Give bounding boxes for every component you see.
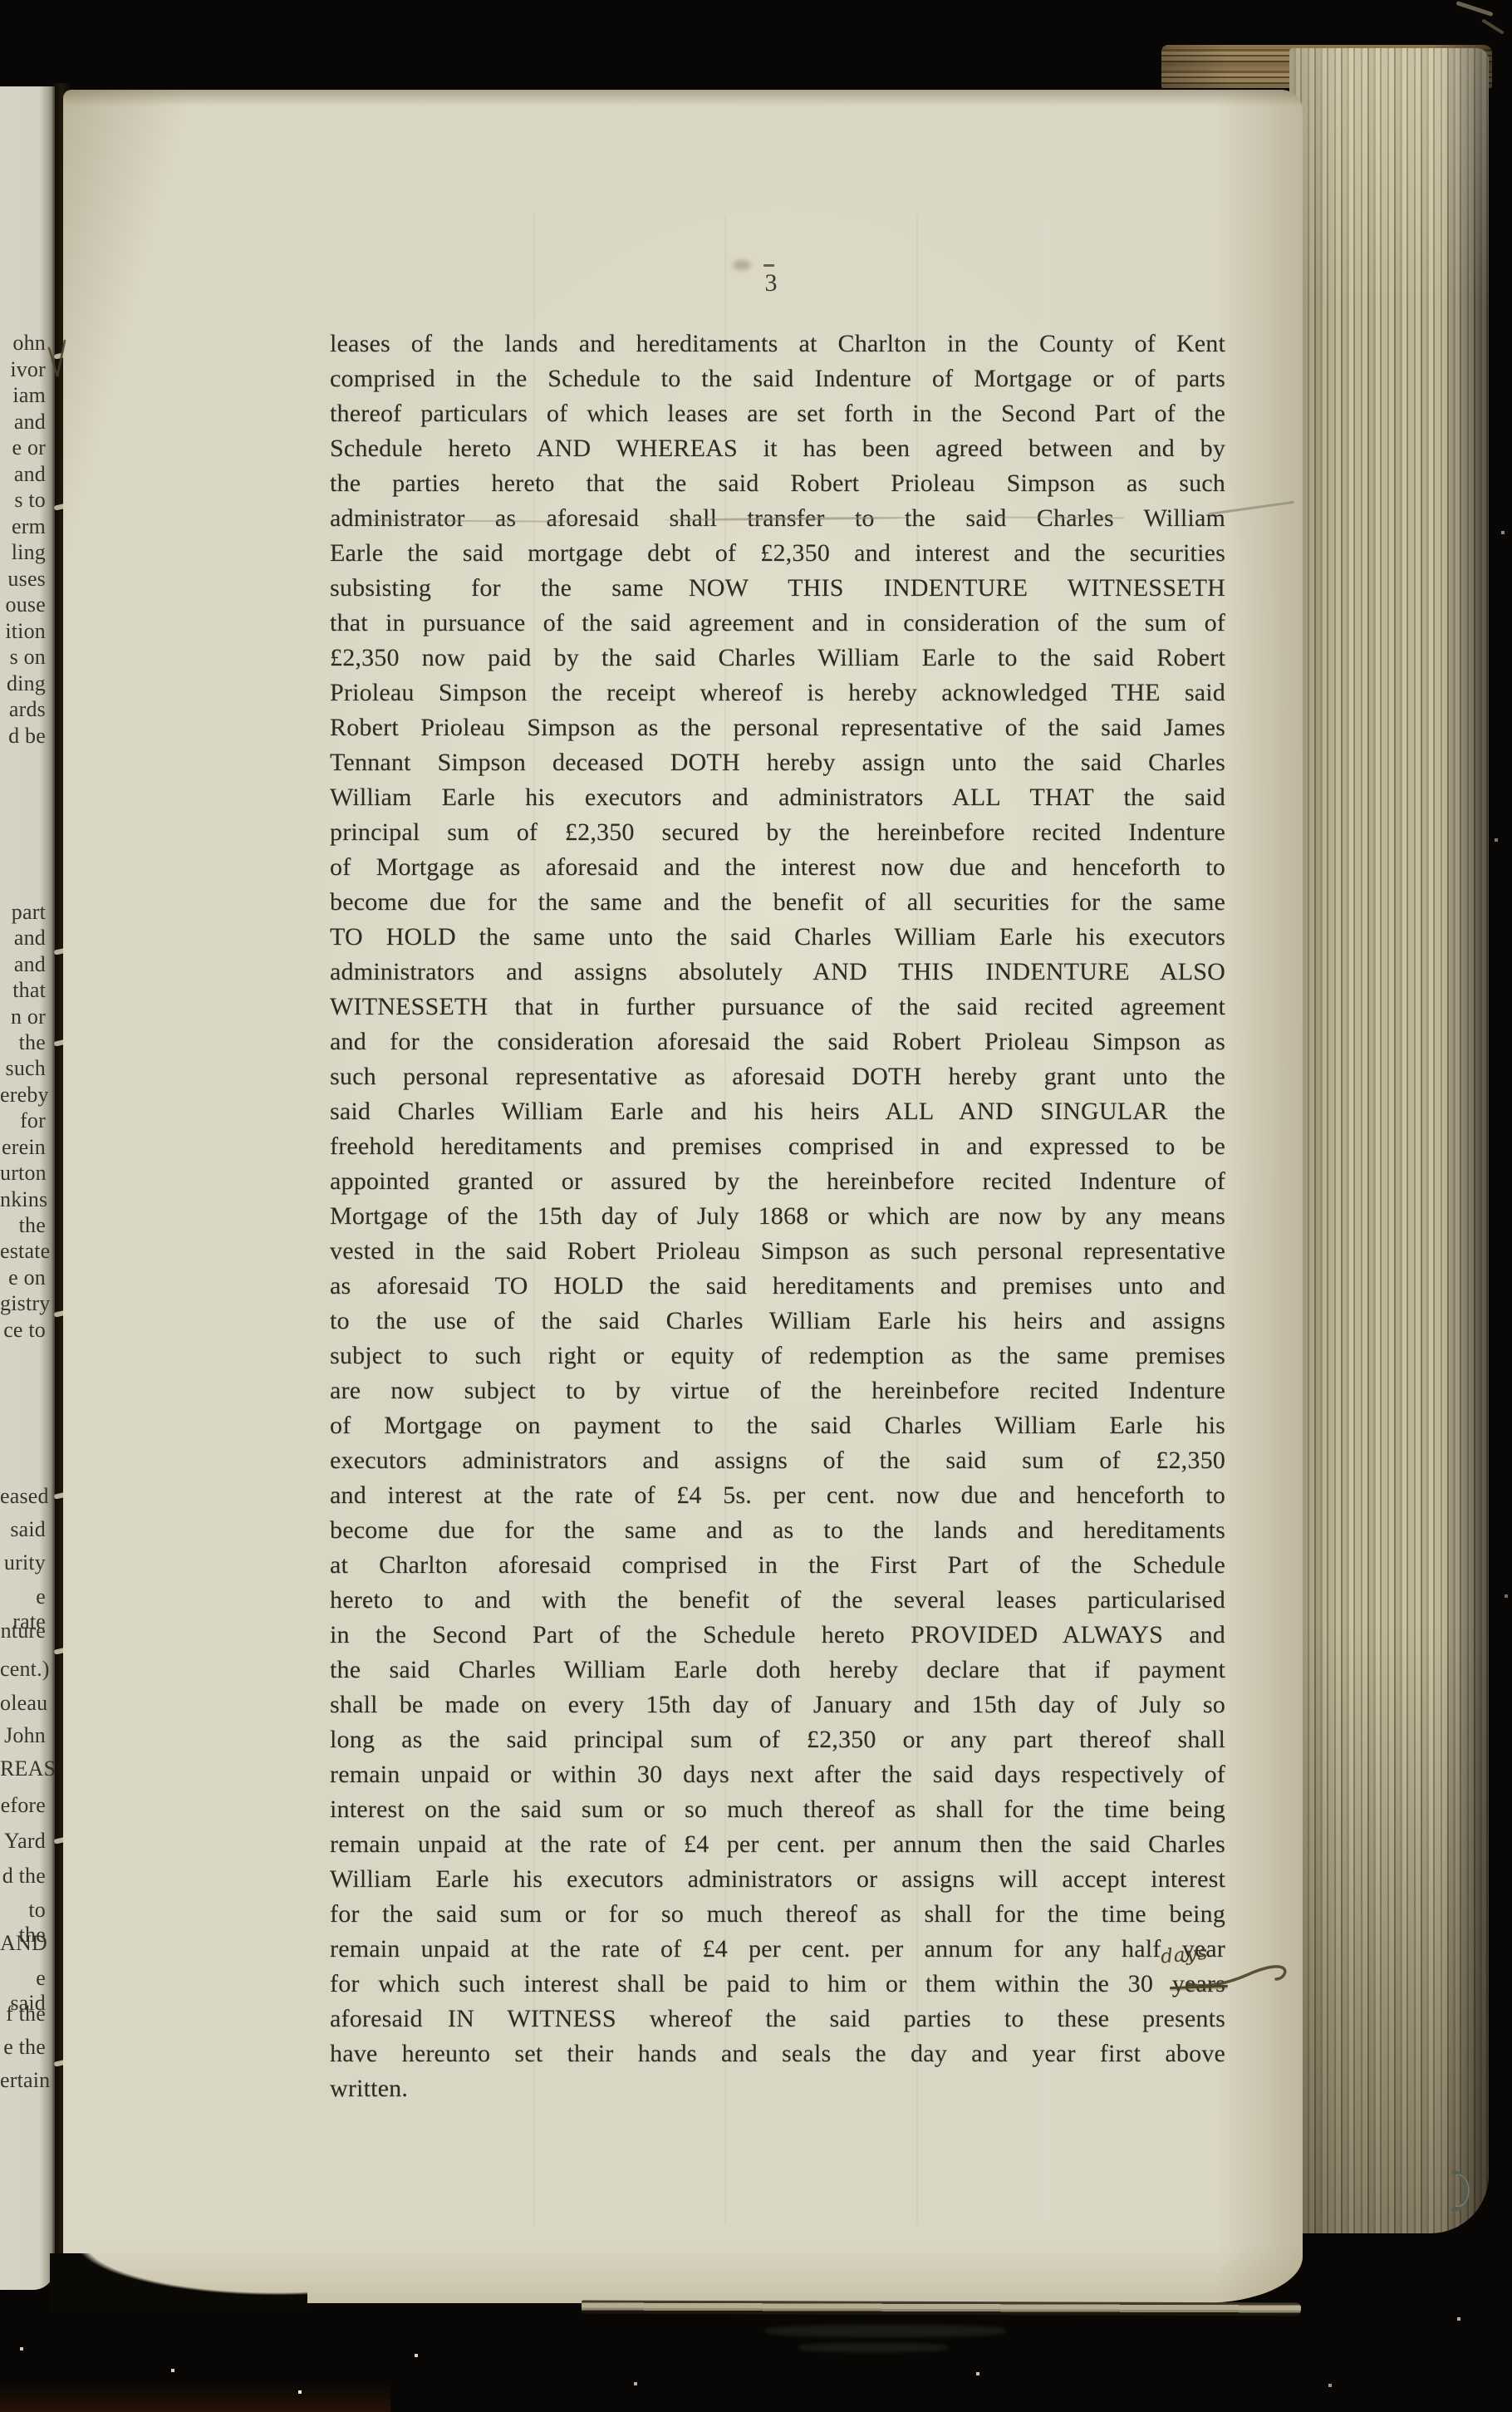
text-line: hereto to and with the benefit of the se… <box>330 1583 1225 1618</box>
text-line: the parties hereto that the said Robert … <box>330 466 1225 501</box>
margin-fragment: s on <box>0 645 46 670</box>
margin-fragment: and <box>0 926 46 951</box>
margin-fragment: ereby <box>0 1083 46 1108</box>
text-line: aforesaid IN WITNESS whereof the said pa… <box>330 2002 1225 2036</box>
text-line: £2,350 now paid by the said Charles Will… <box>330 641 1225 675</box>
margin-fragment: ohn <box>0 331 46 356</box>
text-line: Robert Prioleau Simpson as the personal … <box>330 710 1225 745</box>
margin-fragment: f the <box>0 2002 46 2026</box>
text-line: remain unpaid at the rate of £4 per cent… <box>330 1932 1225 1967</box>
text-line: become due for the same and the benefit … <box>330 885 1225 920</box>
margin-fragment: efore <box>0 1793 46 1818</box>
text-line: for the said sum or for so much thereof … <box>330 1897 1225 1932</box>
margin-fragment: ition <box>0 619 46 644</box>
margin-fragment: e the <box>0 2035 46 2060</box>
text-line: Prioleau Simpson the receipt whereof is … <box>330 675 1225 710</box>
book-photograph: { "page": { "number": "3", "body_lines":… <box>0 0 1512 2412</box>
text-line: of Mortgage on payment to the said Charl… <box>330 1408 1225 1443</box>
margin-fragment: e or <box>0 435 46 460</box>
page-number: 3 <box>756 269 786 297</box>
dust-specks <box>0 0 2 2</box>
text-line: Earle the said mortgage debt of £2,350 a… <box>330 536 1225 571</box>
text-line: WITNESSETH that in further pursuance of … <box>330 990 1225 1024</box>
text-line: Tennant Simpson deceased DOTH hereby ass… <box>330 745 1225 780</box>
margin-fragment: for <box>0 1108 46 1133</box>
binder-ring-icon <box>1447 2169 1484 2215</box>
margin-fragment: eased <box>0 1484 46 1509</box>
margin-fragment: oleau <box>0 1691 46 1716</box>
margin-fragment: and <box>0 462 46 487</box>
text-line: for which such interest shall be paid to… <box>330 1967 1225 2002</box>
text-line: of Mortgage as aforesaid and the interes… <box>330 850 1225 885</box>
margin-fragment: s to <box>0 488 46 513</box>
text-line: and interest at the rate of £4 5s. per c… <box>330 1478 1225 1513</box>
margin-fragment: ertain <box>0 2068 46 2093</box>
shadow-corner <box>50 2253 307 2313</box>
cover-glint <box>1481 18 1505 34</box>
ink-showthrough <box>798 2343 948 2352</box>
margin-fragment: n or <box>0 1005 46 1029</box>
margin-fragment: erein <box>0 1135 46 1160</box>
margin-fragment: that <box>0 978 46 1003</box>
text-line: TO HOLD the same unto the said Charles W… <box>330 920 1225 955</box>
ink-checkmark <box>46 337 69 382</box>
margin-fragment: uses <box>0 567 46 592</box>
text-line: have hereunto set their hands and seals … <box>330 2036 1225 2071</box>
margin-fragment: and <box>0 410 46 435</box>
text-line: subsisting for the same NOW THIS INDENTU… <box>330 571 1225 606</box>
margin-fragment: d be <box>0 724 46 749</box>
margin-fragment: said <box>0 1517 46 1542</box>
ink-showthrough <box>765 2325 1006 2337</box>
margin-fragment: Yard <box>0 1829 46 1854</box>
text-line: the said Charles William Earle doth here… <box>330 1653 1225 1687</box>
text-line: thereof particulars of which leases are … <box>330 396 1225 431</box>
margin-fragment: such <box>0 1056 46 1081</box>
margin-fragment: nkins <box>0 1187 46 1212</box>
text-line: appointed granted or assured by the here… <box>330 1164 1225 1199</box>
facing-page-edge: ohnivoriamande orands toermlingusesousei… <box>0 86 55 2290</box>
text-line: William Earle his executors and administ… <box>330 780 1225 815</box>
text-line: to the use of the said Charles William E… <box>330 1304 1225 1339</box>
text-line: William Earle his executors administrato… <box>330 1862 1225 1897</box>
margin-fragment: nture <box>0 1619 46 1643</box>
text-line: are now subject to by virtue of the here… <box>330 1373 1225 1408</box>
margin-fragment: the <box>0 1213 46 1238</box>
margin-fragment: ce to <box>0 1318 46 1343</box>
margin-fragment: John <box>0 1723 46 1748</box>
text-line: become due for the same and as to the la… <box>330 1513 1225 1548</box>
book-fore-edge-pages <box>1289 48 1489 2233</box>
margin-fragment: AND <box>0 1931 46 1956</box>
margin-fragment: the <box>0 1030 46 1055</box>
margin-fragment: gistry <box>0 1291 46 1316</box>
text-line: freehold hereditaments and premises comp… <box>330 1129 1225 1164</box>
margin-fragment: urity <box>0 1550 46 1575</box>
margin-fragment: ling <box>0 540 46 565</box>
text-line: interest on the said sum or so much ther… <box>330 1792 1225 1827</box>
page-bottom-edge <box>582 2300 1301 2316</box>
text-line: and for the consideration aforesaid the … <box>330 1024 1225 1059</box>
margin-fragment: d the <box>0 1864 46 1889</box>
margin-fragment: ivor <box>0 357 46 382</box>
margin-fragment: e on <box>0 1265 46 1290</box>
text-line: long as the said principal sum of £2,350… <box>330 1722 1225 1757</box>
text-line: written. <box>330 2071 1225 2106</box>
text-line: Schedule hereto AND WHEREAS it has been … <box>330 431 1225 466</box>
text-line: principal sum of £2,350 secured by the h… <box>330 815 1225 850</box>
text-line: remain unpaid or within 30 days next aft… <box>330 1757 1225 1792</box>
margin-fragment: part <box>0 900 46 925</box>
text-line: comprised in the Schedule to the said In… <box>330 361 1225 396</box>
text-line: Mortgage of the 15th day of July 1868 or… <box>330 1199 1225 1234</box>
text-line: that in pursuance of the said agreement … <box>330 606 1225 641</box>
text-line: as aforesaid TO HOLD the said hereditame… <box>330 1269 1225 1304</box>
ink-dash <box>763 264 774 267</box>
margin-fragment: cent.) <box>0 1657 46 1682</box>
margin-fragment: ouse <box>0 592 46 617</box>
text-line: at Charlton aforesaid comprised in the F… <box>330 1548 1225 1583</box>
margin-fragment: ards <box>0 697 46 722</box>
margin-fragment: erm <box>0 514 46 539</box>
text-line: said Charles William Earle and his heirs… <box>330 1094 1225 1129</box>
text-line: remain unpaid at the rate of £4 per cent… <box>330 1827 1225 1862</box>
text-line: leases of the lands and hereditaments at… <box>330 327 1225 361</box>
document-page: 3 leases of the lands and hereditaments … <box>63 90 1303 2303</box>
text-line: executors administrators and assigns of … <box>330 1443 1225 1478</box>
cover-glint <box>1456 1 1493 17</box>
margin-fragment: ding <box>0 671 46 696</box>
margin-fragment: REAS <box>0 1756 46 1781</box>
text-line: in the Second Part of the Schedule heret… <box>330 1618 1225 1653</box>
margin-fragment: urton <box>0 1161 46 1186</box>
ink-smudge <box>733 260 751 270</box>
text-line: shall be made on every 15th day of Janua… <box>330 1687 1225 1722</box>
margin-fragment: and <box>0 952 46 977</box>
cover-edge-shadow <box>0 2381 390 2412</box>
text-line: subject to such right or equity of redem… <box>330 1339 1225 1373</box>
text-line: such personal representative as aforesai… <box>330 1059 1225 1094</box>
ink-tick-mark <box>1184 1957 1294 1992</box>
body-text: leases of the lands and hereditaments at… <box>330 327 1225 2106</box>
text-line: administrators and assigns absolutely AN… <box>330 955 1225 990</box>
margin-fragment: iam <box>0 383 46 408</box>
text-line: vested in the said Robert Prioleau Simps… <box>330 1234 1225 1269</box>
text-line-prefix: for which such interest shall be paid to… <box>330 1970 1172 1997</box>
margin-fragment: estate <box>0 1239 46 1264</box>
